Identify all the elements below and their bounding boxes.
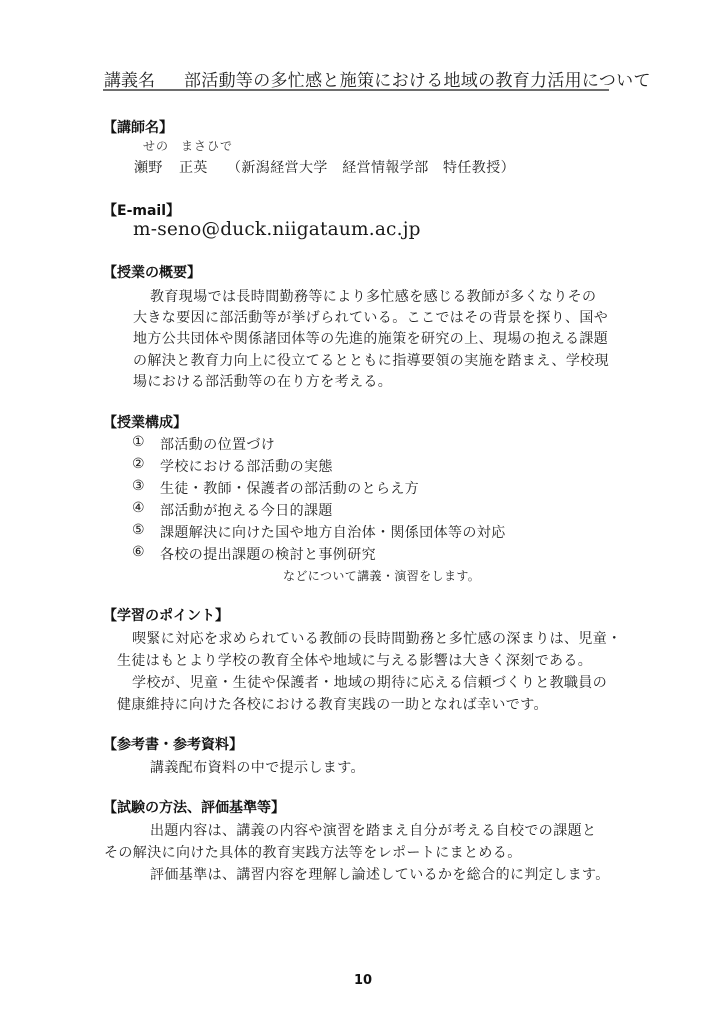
points-line: 喫緊に対応を求められている教師の長時間勤務と多忙感の深まりは、児童・ [132, 628, 622, 648]
instructor-ruby-given: まさひで [181, 137, 233, 154]
email-heading: 【E-mail】 [103, 200, 180, 220]
points-line: 健康維持に向けた各校における教育実践の一助となれば幸いです。 [117, 694, 548, 714]
list-item: 部活動が抱える今日的課題 [160, 500, 333, 520]
title-underline [103, 89, 609, 91]
list-number: ⑥ [132, 544, 145, 560]
references-text: 講義配布資料の中で提示します。 [150, 757, 365, 777]
list-number: ③ [132, 478, 145, 494]
list-number: ② [132, 456, 145, 472]
list-item: 課題解決に向けた国や地方自治体・関係団体等の対応 [160, 522, 506, 542]
list-item: 部活動の位置づけ [160, 434, 275, 454]
lecture-label: 講義名 [104, 66, 155, 91]
instructor-name-given: 正英 [179, 157, 208, 177]
list-number: ⑤ [132, 522, 145, 538]
list-number: ④ [132, 500, 145, 516]
page-number: 10 [354, 973, 372, 988]
instructor-ruby-family: せの [143, 137, 169, 154]
evaluation-line: 評価基準は、講習内容を理解し論述しているかを総合的に判定します。 [150, 864, 610, 884]
instructor-name-family: 瀬野 [134, 157, 163, 177]
structure-heading: 【授業構成】 [103, 412, 187, 432]
overview-line: 大きな要因に部活動等が挙げられている。ここではその背景を探り、国や [133, 307, 608, 327]
email-address[interactable]: m-seno@duck.niigataum.ac.jp [133, 219, 421, 240]
list-number: ① [132, 434, 145, 450]
overview-line: 教育現場では長時間勤務等により多忙感を感じる教師が多くなりその [150, 286, 596, 306]
overview-line: 地方公共団体や関係諸団体等の先進的施策を研究の上、現場の抱える課題 [133, 328, 608, 348]
overview-line: の解決と教育力向上に役立てるとともに指導要領の実施を踏まえ、学校現 [133, 350, 609, 370]
overview-heading: 【授業の概要】 [103, 262, 201, 282]
evaluation-line: 出題内容は、講義の内容や演習を踏まえ自分が考える自校での課題と [150, 820, 596, 840]
list-item: 学校における部活動の実態 [160, 456, 333, 476]
evaluation-line: その解決に向けた具体的教育実践方法等をレポートにまとめる。 [104, 842, 522, 862]
lecture-title: 部活動等の多忙感と施策における地域の教育力活用について [184, 66, 651, 91]
evaluation-heading: 【試験の方法、評価基準等】 [103, 797, 285, 817]
overview-line: 場における部活動等の在り方を考える。 [133, 371, 392, 391]
instructor-affiliation: （新潟経営大学 経営情報学部 特任教授） [227, 157, 515, 177]
points-line: 生徒はもとより学校の教育全体や地域に与える影響は大きく深刻である。 [117, 650, 592, 670]
references-heading: 【参考書・参考資料】 [103, 734, 243, 754]
instructor-heading: 【講師名】 [103, 117, 173, 137]
list-item: 各校の提出課題の検討と事例研究 [160, 544, 376, 564]
list-item: 生徒・教師・保護者の部活動のとらえ方 [160, 478, 419, 498]
structure-footer: などについて講義・演習をします。 [283, 567, 480, 584]
points-heading: 【学習のポイント】 [103, 605, 229, 625]
points-line: 学校が、児童・生徒や保護者・地域の期待に応える信頼づくりと教職員の [132, 672, 607, 692]
